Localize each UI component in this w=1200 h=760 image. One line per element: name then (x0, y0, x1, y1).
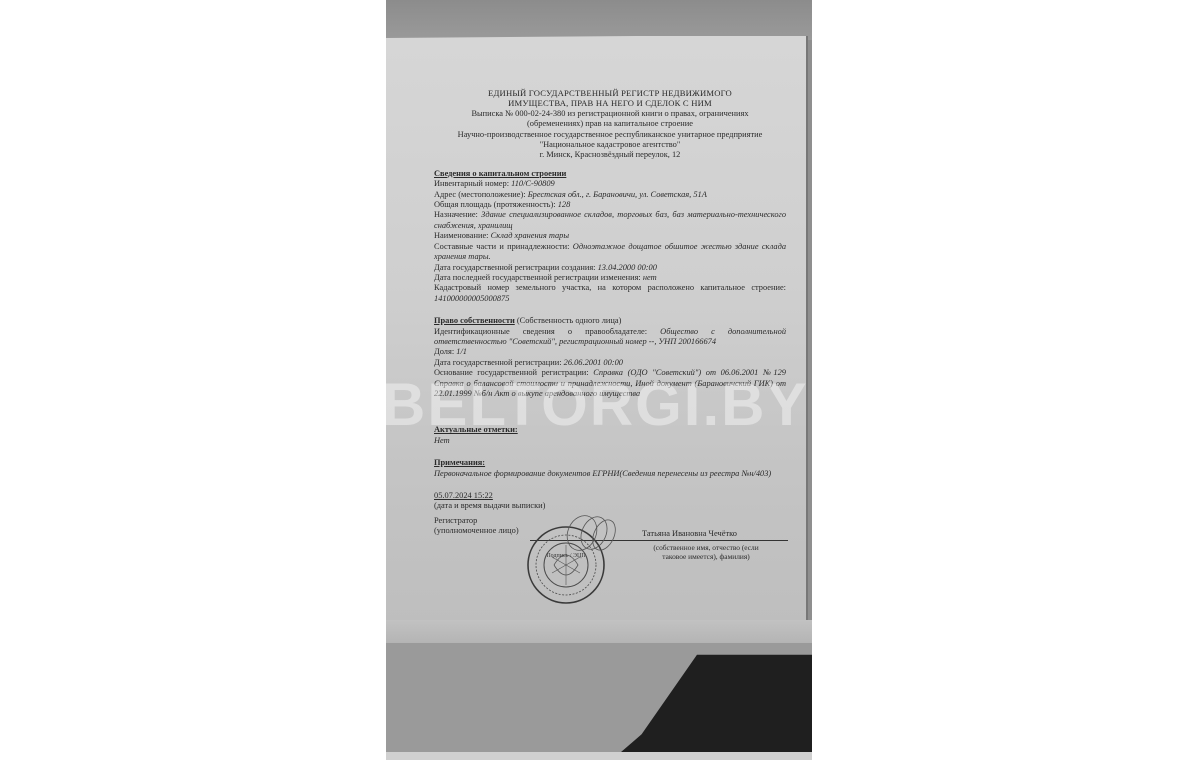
document-header: ЕДИНЫЙ ГОСУДАРСТВЕННЫЙ РЕГИСТР НЕДВИЖИМО… (434, 88, 786, 161)
register-extract: ЕДИНЫЙ ГОСУДАРСТВЕННЫЙ РЕГИСТР НЕДВИЖИМО… (434, 88, 786, 576)
issuer-name: "Национальное кадастровое агентство" (434, 140, 786, 150)
issuer-address: г. Минск, Краснозвёздный переулок, 12 (434, 150, 786, 160)
header-title-2: ИМУЩЕСТВА, ПРАВ НА НЕГО И СДЕЛОК С НИМ (434, 98, 786, 108)
notes-value: Первоначальное формирование документов Е… (434, 469, 786, 479)
extract-subject: (обременениях) прав на капитальное строе… (434, 119, 786, 129)
issue-datetime: 05.07.2024 15:22 (434, 491, 786, 501)
address: Адрес (местоположение): Брестская обл., … (434, 190, 786, 200)
issue-section: 05.07.2024 15:22 (дата и время выдачи вы… (434, 491, 786, 512)
notes-section: Примечания: Первоначальное формирование … (434, 458, 786, 479)
total-area: Общая площадь (протяженность): 128 (434, 200, 786, 210)
right-holder: Идентификационные сведения о правооблада… (434, 327, 786, 348)
watermark: BELTORGI.BY (382, 370, 808, 439)
svg-text:Подпись / ЭЦП: Подпись / ЭЦП (546, 553, 586, 559)
components: Составные части и принадлежности: Одноэт… (434, 242, 786, 263)
ownership-title: Право собственности (Собственность одног… (434, 316, 786, 326)
photo-background-top (386, 0, 812, 40)
share: Доля: 1/1 (434, 347, 786, 357)
notes-title: Примечания: (434, 458, 786, 468)
building-section-title: Сведения о капитальном строении (434, 169, 786, 179)
purpose: Назначение: Здание специализированное ск… (434, 210, 786, 231)
registration-date: Дата государственной регистрации: 26.06.… (434, 358, 786, 368)
cadastral-number: Кадастровый номер земельного участка, на… (434, 283, 786, 304)
bottom-strip (386, 752, 812, 760)
creation-date: Дата государственной регистрации создани… (434, 263, 786, 273)
inventory-number: Инвентарный номер: 110/C-90809 (434, 179, 786, 189)
last-change-date: Дата последней государственной регистрац… (434, 273, 786, 283)
registrar-name-caption: (собственное имя, отчество (если таковое… (646, 543, 766, 561)
building-name: Наименование: Склад хранения тары (434, 231, 786, 241)
building-section: Сведения о капитальном строении Инвентар… (434, 169, 786, 304)
extract-number: Выписка № 000-02-24-380 из регистрационн… (434, 109, 786, 119)
official-stamp-icon: Подпись / ЭЦП (524, 515, 616, 607)
issuer-org: Научно-производственное государственное … (434, 130, 786, 140)
registrar-role: Регистратор (уполномоченное лицо) (434, 516, 519, 537)
registrar-name: Татьяна Ивановна Чечётко (642, 529, 737, 539)
issue-caption: (дата и время выдачи выписки) (434, 501, 786, 511)
header-title-1: ЕДИНЫЙ ГОСУДАРСТВЕННЫЙ РЕГИСТР НЕДВИЖИМО… (434, 88, 786, 98)
